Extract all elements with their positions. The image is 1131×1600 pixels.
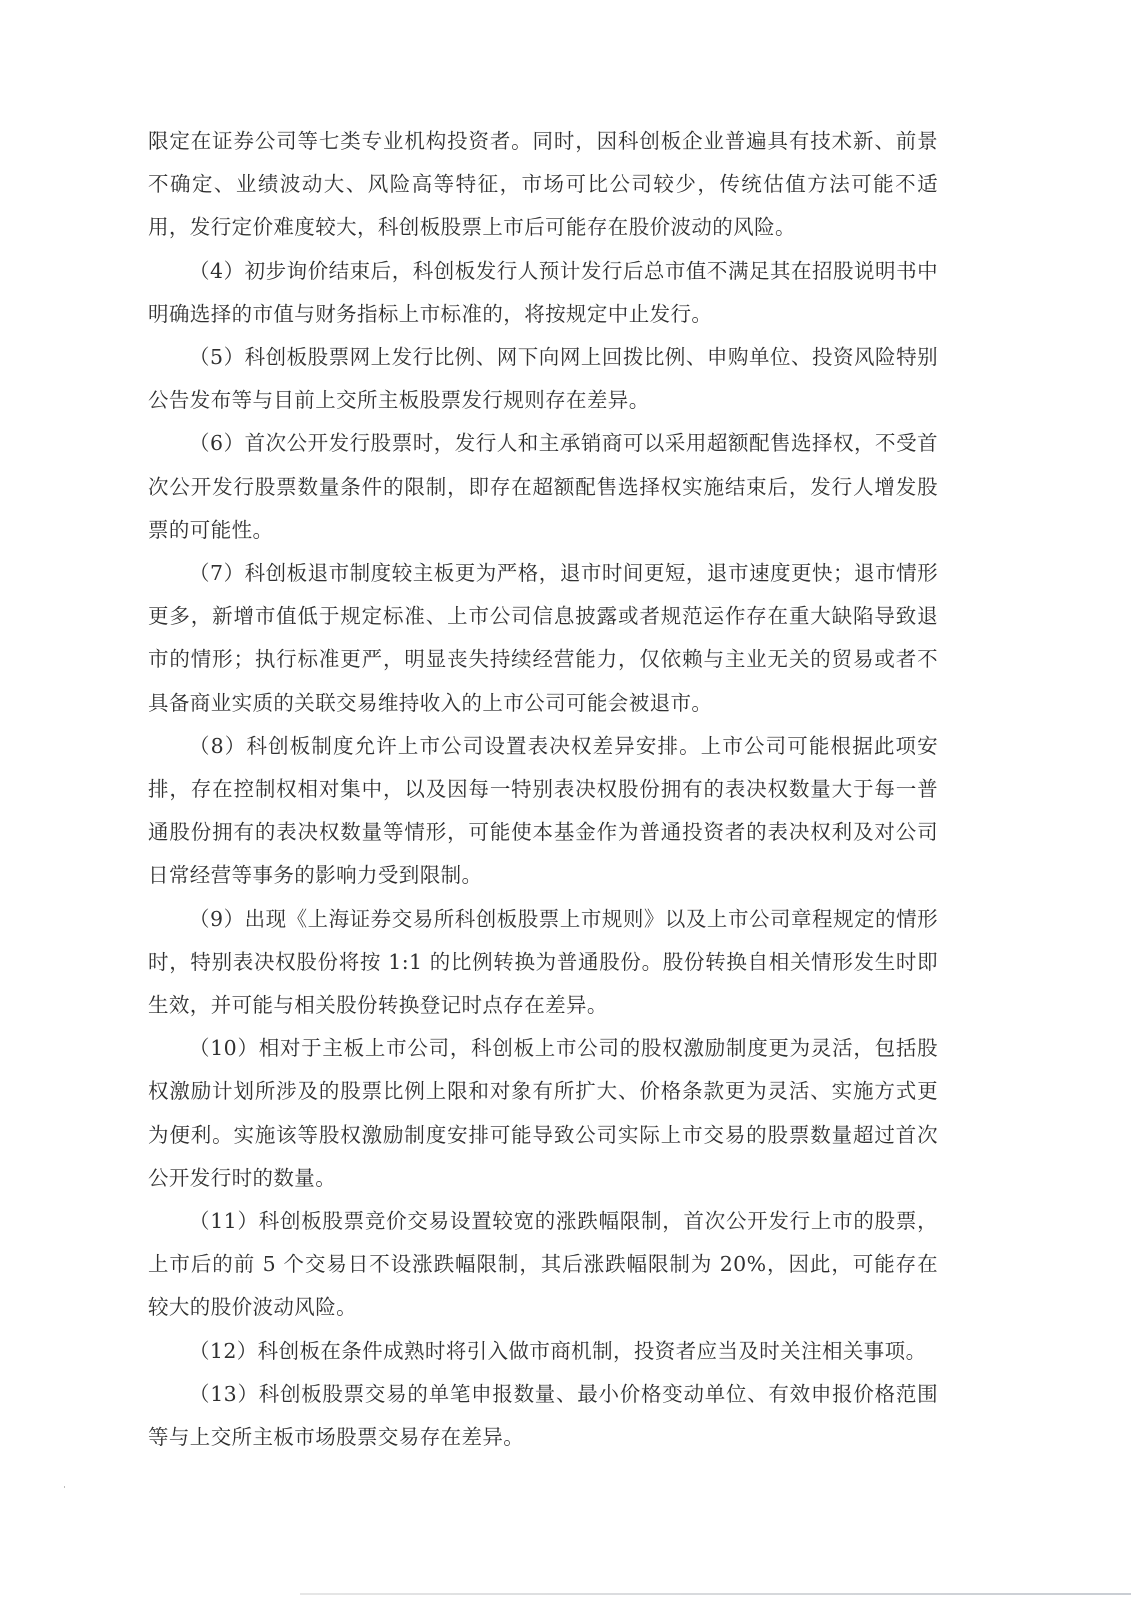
scanned-document-page: 限定在证券公司等七类专业机构投资者。同时，因科创板企业普遍具有技术新、前景不确定… <box>0 0 1131 1600</box>
page-bottom-edge <box>300 1593 1131 1595</box>
scan-artifact <box>64 1486 65 1488</box>
paragraph-item-9: （9）出现《上海证券交易所科创板股票上市规则》以及上市公司章程规定的情形时，特别… <box>148 898 938 1028</box>
paragraph-item-4: （4）初步询价结束后，科创板发行人预计发行后总市值不满足其在招股说明书中明确选择… <box>148 250 938 336</box>
paragraph-item-6: （6）首次公开发行股票时，发行人和主承销商可以采用超额配售选择权，不受首次公开发… <box>148 422 938 552</box>
paragraph-item-13: （13）科创板股票交易的单笔申报数量、最小价格变动单位、有效申报价格范围等与上交… <box>148 1373 938 1459</box>
paragraph-item-7: （7）科创板退市制度较主板更为严格，退市时间更短，退市速度更快；退市情形更多，新… <box>148 552 938 725</box>
paragraph-continuation: 限定在证券公司等七类专业机构投资者。同时，因科创板企业普遍具有技术新、前景不确定… <box>148 120 938 250</box>
paragraph-item-8: （8）科创板制度允许上市公司设置表决权差异安排。上市公司可能根据此项安排，存在控… <box>148 725 938 898</box>
document-body: 限定在证券公司等七类专业机构投资者。同时，因科创板企业普遍具有技术新、前景不确定… <box>148 120 938 1459</box>
paragraph-item-12: （12）科创板在条件成熟时将引入做市商机制，投资者应当及时关注相关事项。 <box>148 1330 938 1373</box>
paragraph-item-5: （5）科创板股票网上发行比例、网下向网上回拨比例、申购单位、投资风险特别公告发布… <box>148 336 938 422</box>
paragraph-item-11: （11）科创板股票竞价交易设置较宽的涨跌幅限制，首次公开发行上市的股票，上市后的… <box>148 1200 938 1330</box>
paragraph-item-10: （10）相对于主板上市公司，科创板上市公司的股权激励制度更为灵活，包括股权激励计… <box>148 1027 938 1200</box>
